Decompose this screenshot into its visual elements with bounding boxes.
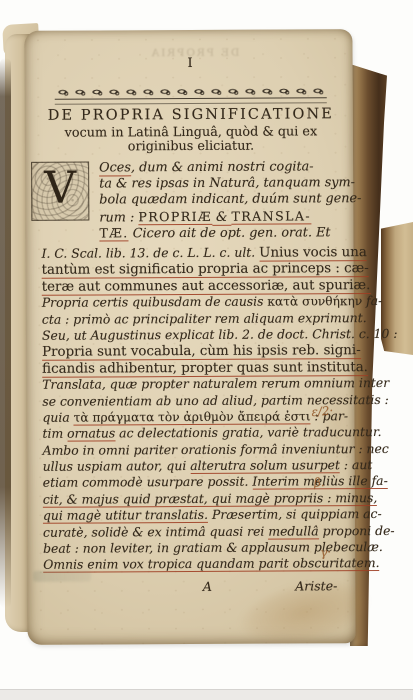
text-line: Translata, quæ propter naturalem rerum o… <box>42 375 354 393</box>
text-segment: alterutra solum usurpet <box>190 457 340 474</box>
handwritten-marginalia: γ· <box>320 545 332 560</box>
text-segment: rum : <box>99 210 138 225</box>
text-line: quia τὰ πράγματα τὸν ἀριθμὸν ἄπειρά ἐστι… <box>42 408 354 426</box>
headpiece-ornament-icon <box>55 85 327 97</box>
text-segment: Ambo in omni pariter orationis formâ inv… <box>43 441 389 458</box>
text-segment: se convenientiam ab uno ad aliud, partim… <box>42 391 389 408</box>
text-segment: Cicero ait de opt. gen. orat. Et <box>129 225 331 241</box>
text-segment: Unius vocis una <box>259 245 367 262</box>
gathering-signature: A <box>167 579 247 594</box>
text-segment: medullâ <box>268 523 318 539</box>
text-segment: qui magè utitur translatis. <box>43 507 208 524</box>
text-line: ta & res ipsas in Naturâ, tanquam sym- <box>99 175 351 193</box>
text-line: cta : primò ac principaliter rem aliquam… <box>42 310 354 328</box>
text-line: qui magè utitur translatis. Præsertim, s… <box>43 506 355 524</box>
text-segment: : aut <box>340 457 372 472</box>
text-segment: TRANSLA- <box>231 208 311 224</box>
text-line: rum : PROPRIÆ & TRANSLA- <box>99 208 351 226</box>
text-line: TÆ. Cicero ait de opt. gen. orat. Et <box>99 224 351 242</box>
text-segment: PROPRIÆ <box>138 208 212 224</box>
text-line: se convenientiam ab uno ad aliud, partim… <box>42 392 354 410</box>
book-page: DE PROPRIA I DE PROPRIA SIGNIFICATIONE v… <box>24 29 355 645</box>
text-line: beat : non leviter, in gratiam & applaus… <box>43 539 355 557</box>
ink-bleedthrough-smudge <box>33 571 91 582</box>
text-line: tim ornatus ac delectationis gratia, var… <box>42 424 354 442</box>
text-segment: beat : non leviter, in gratiam & applaus… <box>43 539 383 556</box>
text-segment: κατὰ συνθήκην <box>267 294 362 308</box>
text-segment: TÆ. <box>99 225 128 241</box>
text-segment: ornatus <box>67 426 115 442</box>
text-segment: Seu, ut Augustinus explicat lib. 2. de d… <box>42 326 398 343</box>
text-segment: ac delectationis gratia, variè traducunt… <box>115 424 381 440</box>
catchword: Ariste- <box>267 578 337 593</box>
text-line: tantùm est significatio propria ac princ… <box>42 261 354 279</box>
chapter-title: DE PROPRIA SIGNIFICATIONE <box>35 106 347 124</box>
gutter-shadow <box>0 58 11 608</box>
text-line: Seu, ut Augustinus explicat lib. 2. de d… <box>42 326 354 344</box>
text-segment: cit, & majus quid præstat, qui magè prop… <box>43 490 378 508</box>
text-line: curatè, solidè & ex intimâ quasi rei med… <box>43 523 355 541</box>
text-line: I. C. Scal. lib. 13. de c. L. L. c. ult.… <box>42 244 354 262</box>
text-segment: Præsertim, si quippiam ac- <box>208 506 382 522</box>
text-segment: τὰ πράγματα τὸν ἀριθμὸν ἄπειρά ἐστι <box>74 409 311 425</box>
text-segment: etiam commodè usurpare possit. <box>43 474 253 490</box>
text-segment: proponi de- <box>319 523 395 538</box>
text-segment: bola quædam indicant, duúm sunt gene- <box>99 191 361 207</box>
text-line: etiam commodè usurpare possit. Interim m… <box>43 474 355 492</box>
text-segment: Translata, quæ propter naturalem rerum o… <box>42 375 389 392</box>
text-line: Propria certis quibusdam de causis κατὰ … <box>42 293 354 311</box>
text-segment: I. C. Scal. lib. 13. de c. L. L. c. ult. <box>42 245 260 261</box>
chapter-subtitle-line2: originibus eliciatur. <box>35 138 347 155</box>
drop-cap-initial: V <box>31 162 89 221</box>
text-line: Ambo in omni pariter orationis formâ inv… <box>43 441 355 459</box>
text-line: ullus uspiam autor, qui alterutra solum … <box>43 457 355 475</box>
text-segment: tim <box>42 426 67 441</box>
folio-number: I <box>41 55 341 72</box>
text-segment: fa- <box>362 293 382 308</box>
text-line: Oces, dum & animi nostri cogita- <box>99 159 351 177</box>
text-line: cit, & majus quid præstat, qui magè prop… <box>43 490 355 508</box>
text-segment: ullus uspiam autor, qui <box>43 458 191 474</box>
text-segment: Propria certis quibusdam de causis <box>42 294 268 310</box>
opening-paragraph: Oces, dum & animi nostri cogita-ta & res… <box>99 159 351 241</box>
backdrop-floor-strip <box>0 689 413 700</box>
text-segment: quia <box>42 410 73 425</box>
text-line: teræ aut communes aut accessoriæ, aut sp… <box>42 277 354 295</box>
text-segment: , dum & animi nostri cogita- <box>131 159 314 175</box>
handwritten-marginalia: ε/2· <box>311 404 334 420</box>
headpiece-rule <box>55 97 327 104</box>
text-segment: curatè, solidè & ex intimâ quasi rei <box>43 523 268 539</box>
text-line: bola quædam indicant, duúm sunt gene- <box>99 192 351 210</box>
body-text: I. C. Scal. lib. 13. de c. L. L. c. ult.… <box>42 244 356 573</box>
text-line: Propria sunt vocabula, cùm his ipsis reb… <box>42 342 354 360</box>
text-segment: cta : primò ac principaliter rem aliquam… <box>42 310 367 327</box>
text-segment: & <box>212 209 232 225</box>
handwritten-marginalia: β. <box>313 475 325 490</box>
text-line: ficandis adhibentur, propter quas sunt i… <box>42 359 354 377</box>
book-photo: DE PROPRIA I DE PROPRIA SIGNIFICATIONE v… <box>0 0 413 700</box>
text-segment: ta & res ipsas in Naturâ, tanquam sym- <box>99 175 355 191</box>
text-segment: Oces <box>99 160 131 176</box>
